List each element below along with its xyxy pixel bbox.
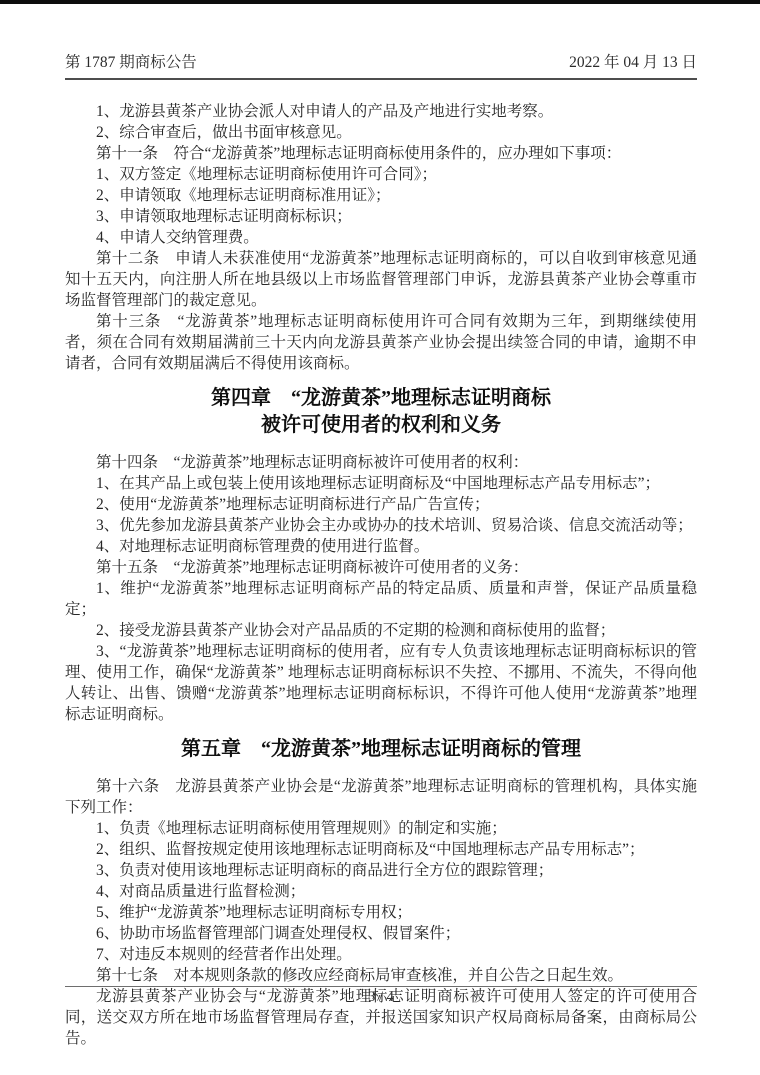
list-item: 7、对违反本规则的经营者作出处理。: [65, 944, 697, 965]
list-item: 1、龙游县黄茶产业协会派人对申请人的产品及产地进行实地考察。: [65, 101, 697, 122]
list-item: 4、对商品质量进行监督检测；: [65, 881, 697, 902]
doc-footer: 3 / 4: [65, 986, 697, 1007]
list-item: 2、综合审查后，做出书面审核意见。: [65, 122, 697, 143]
article-clause: 第十四条 “龙游黄茶”地理标志证明商标被许可使用者的权利：: [65, 452, 697, 473]
list-item: 4、对地理标志证明商标管理费的使用进行监督。: [65, 536, 697, 557]
chapter-4-heading-line2: 被许可使用者的权利和义务: [65, 412, 697, 439]
list-item: 2、使用“龙游黄茶”地理标志证明商标进行产品广告宣传；: [65, 494, 697, 515]
list-item: 1、在其产品上或包装上使用该地理标志证明商标及“中国地理标志产品专用标志”；: [65, 473, 697, 494]
article-clause: 第十三条 “龙游黄茶”地理标志证明商标使用许可合同有效期为三年，到期继续使用者，…: [65, 311, 697, 374]
chapter-4-heading-line1: 第四章 “龙游黄茶”地理标志证明商标: [65, 385, 697, 412]
article-clause: 第十一条 符合“龙游黄茶”地理标志证明商标使用条件的，应办理如下事项：: [65, 143, 697, 164]
doc-header-date: 2022 年 04 月 13 日: [569, 50, 697, 72]
list-item: 2、接受龙游县黄茶产业协会对产品品质的不定期的检测和商标使用的监督；: [65, 620, 697, 641]
list-item: 3、申请领取地理标志证明商标标识；: [65, 206, 697, 227]
article-clause: 第十五条 “龙游黄茶”地理标志证明商标被许可使用者的义务：: [65, 557, 697, 578]
doc-header-issue: 第 1787 期商标公告: [65, 50, 197, 72]
doc-body: 1、龙游县黄茶产业协会派人对申请人的产品及产地进行实地考察。 2、综合审查后，做…: [65, 101, 697, 1049]
page-number: 3 / 4: [368, 989, 394, 1005]
doc-header: 第 1787 期商标公告 2022 年 04 月 13 日: [65, 50, 697, 80]
gazette-page: 第 1787 期商标公告 2022 年 04 月 13 日 1、龙游县黄茶产业协…: [0, 0, 760, 1049]
article-clause: 第十二条 申请人未获准使用“龙游黄茶”地理标志证明商标的，可以自收到审核意见通知…: [65, 248, 697, 311]
list-item: 2、组织、监督按规定使用该地理标志证明商标及“中国地理标志产品专用标志”；: [65, 839, 697, 860]
list-item: 3、负责对使用该地理标志证明商标的商品进行全方位的跟踪管理；: [65, 860, 697, 881]
list-item: 1、负责《地理标志证明商标使用管理规则》的制定和实施；: [65, 818, 697, 839]
list-item: 3、优先参加龙游县黄茶产业协会主办或协办的技术培训、贸易洽谈、信息交流活动等；: [65, 515, 697, 536]
list-item: 4、申请人交纳管理费。: [65, 227, 697, 248]
list-item: 6、协助市场监督管理部门调查处理侵权、假冒案件；: [65, 923, 697, 944]
article-clause: 第十六条 龙游县黄茶产业协会是“龙游黄茶”地理标志证明商标的管理机构，具体实施下…: [65, 776, 697, 818]
list-item: 1、双方签定《地理标志证明商标使用许可合同》；: [65, 164, 697, 185]
chapter-5-heading: 第五章 “龙游黄茶”地理标志证明商标的管理: [65, 736, 697, 763]
list-item: 2、申请领取《地理标志证明商标准用证》；: [65, 185, 697, 206]
chapter-5-heading-line1: 第五章 “龙游黄茶”地理标志证明商标的管理: [65, 736, 697, 763]
list-item: 5、维护“龙游黄茶”地理标志证明商标专用权；: [65, 902, 697, 923]
list-item: 3、“龙游黄茶”地理标志证明商标的使用者，应有专人负责该地理标志证明商标标识的管…: [65, 641, 697, 725]
article-clause: 第十七条 对本规则条款的修改应经商标局审查核准，并自公告之日起生效。: [65, 965, 697, 986]
list-item: 1、维护“龙游黄茶”地理标志证明商标产品的特定品质、质量和声誉，保证产品质量稳定…: [65, 578, 697, 620]
chapter-4-heading: 第四章 “龙游黄茶”地理标志证明商标 被许可使用者的权利和义务: [65, 385, 697, 439]
